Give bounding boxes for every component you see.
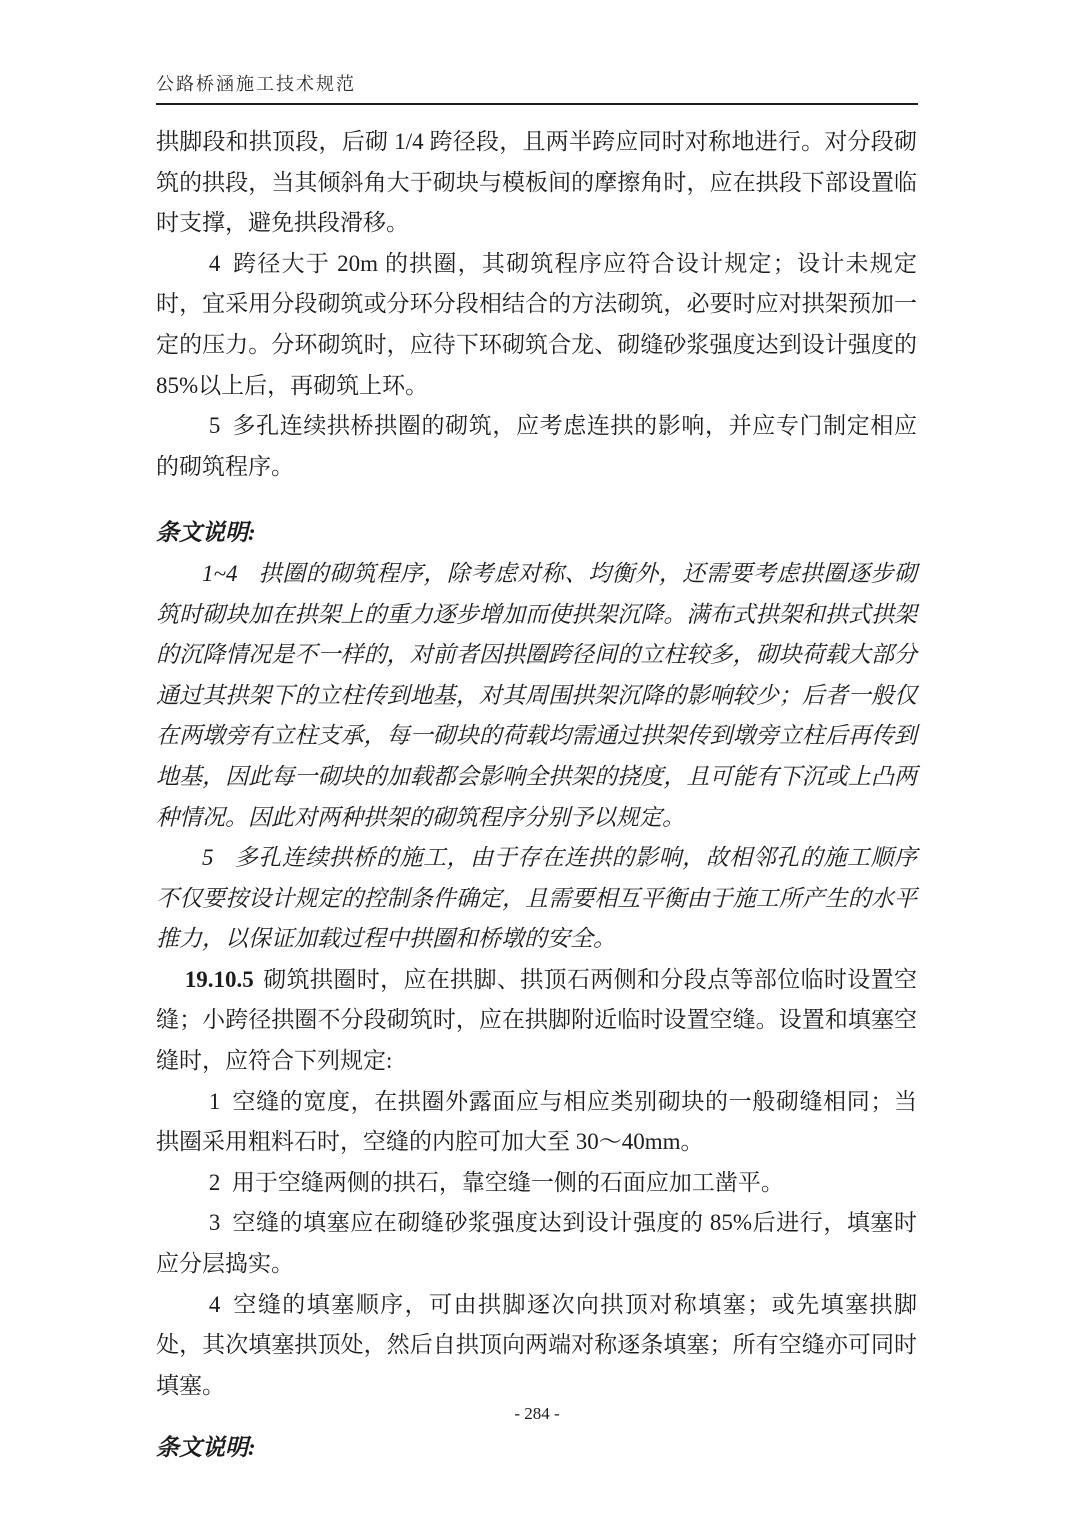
document-page: 公路桥涵施工技术规范 拱脚段和拱顶段，后砌 1/4 跨径段，且两半跨应同时对称地…: [0, 0, 1074, 1520]
page-number: - 284 -: [514, 1404, 559, 1423]
clause-text: 砌筑拱圈时，应在拱脚、拱顶石两侧和分段点等部位临时设置空缝；小跨径拱圈不分段砌筑…: [156, 967, 917, 1073]
clause-number: 19.10.5: [185, 967, 254, 992]
item-number: 3: [209, 1210, 221, 1235]
commentary-heading-2: 条文说明:: [156, 1428, 917, 1469]
running-header-title: 公路桥涵施工技术规范: [156, 70, 918, 96]
clause-item-4: 4空缝的填塞顺序，可由拱脚逐次向拱顶对称填塞；或先填塞拱脚处，其次填塞拱顶处，然…: [156, 1285, 917, 1407]
commentary-paragraph-5: 5多孔连续拱桥的施工，由于存在连拱的影响，故相邻孔的施工顺序不仅要按设计规定的控…: [156, 838, 917, 960]
paragraph-continuation: 拱脚段和拱顶段，后砌 1/4 跨径段，且两半跨应同时对称地进行。对分段砌筑的拱段…: [156, 122, 917, 244]
item-number: 4: [209, 251, 221, 276]
paragraph-item-5: 5多孔连续拱桥拱圈的砌筑，应考虑连拱的影响，并应专门制定相应的砌筑程序。: [156, 406, 917, 487]
commentary-item-text: 拱圈的砌筑程序，除考虑对称、均衡外，还需要考虑拱圈逐步砌筑时砌块加在拱架上的重力…: [156, 561, 917, 830]
item-text: 空缝的填塞应在砌缝砂浆强度达到设计强度的 85%后进行，填塞时应分层捣实。: [156, 1210, 917, 1276]
paragraph-item-4: 4跨径大于 20m 的拱圈，其砌筑程序应符合设计规定；设计未规定时，宜采用分段砌…: [156, 244, 917, 406]
running-header: 公路桥涵施工技术规范: [156, 70, 918, 105]
paragraph-text: 拱脚段和拱顶段，后砌 1/4 跨径段，且两半跨应同时对称地进行。对分段砌筑的拱段…: [156, 129, 917, 235]
item-text: 跨径大于 20m 的拱圈，其砌筑程序应符合设计规定；设计未规定时，宜采用分段砌筑…: [156, 251, 917, 398]
item-number: 1: [209, 1089, 221, 1114]
item-text: 空缝的宽度，在拱圈外露面应与相应类别砌块的一般砌缝相同；当拱圈采用粗料石时，空缝…: [156, 1089, 917, 1155]
clause-item-1: 1空缝的宽度，在拱圈外露面应与相应类别砌块的一般砌缝相同；当拱圈采用粗料石时，空…: [156, 1082, 917, 1163]
item-number: 2: [209, 1170, 221, 1195]
item-text: 多孔连续拱桥拱圈的砌筑，应考虑连拱的影响，并应专门制定相应的砌筑程序。: [156, 413, 917, 479]
item-text: 用于空缝两侧的拱石，靠空缝一侧的石面应加工凿平。: [232, 1170, 784, 1195]
clause-item-2: 2用于空缝两侧的拱石，靠空缝一侧的石面应加工凿平。: [156, 1163, 917, 1204]
item-number: 5: [209, 413, 221, 438]
clause-19-10-5: 19.10.5砌筑拱圈时，应在拱脚、拱顶石两侧和分段点等部位临时设置空缝；小跨径…: [156, 960, 917, 1082]
commentary-item-number: 1~4: [202, 561, 237, 586]
commentary-paragraph-1-4: 1~4拱圈的砌筑程序，除考虑对称、均衡外，还需要考虑拱圈逐步砌筑时砌块加在拱架上…: [156, 554, 917, 838]
commentary-item-number: 5: [202, 845, 214, 870]
clause-item-3: 3空缝的填塞应在砌缝砂浆强度达到设计强度的 85%后进行，填塞时应分层捣实。: [156, 1203, 917, 1284]
page-content: 拱脚段和拱顶段，后砌 1/4 跨径段，且两半跨应同时对称地进行。对分段砌筑的拱段…: [156, 122, 917, 1469]
commentary-item-text: 多孔连续拱桥的施工，由于存在连拱的影响，故相邻孔的施工顺序不仅要按设计规定的控制…: [156, 845, 917, 951]
item-text: 空缝的填塞顺序，可由拱脚逐次向拱顶对称填塞；或先填塞拱脚处，其次填塞拱顶处，然后…: [156, 1292, 917, 1398]
commentary-heading-1: 条文说明:: [156, 513, 917, 554]
item-number: 4: [209, 1292, 221, 1317]
page-footer: - 284 -: [0, 1404, 1074, 1424]
